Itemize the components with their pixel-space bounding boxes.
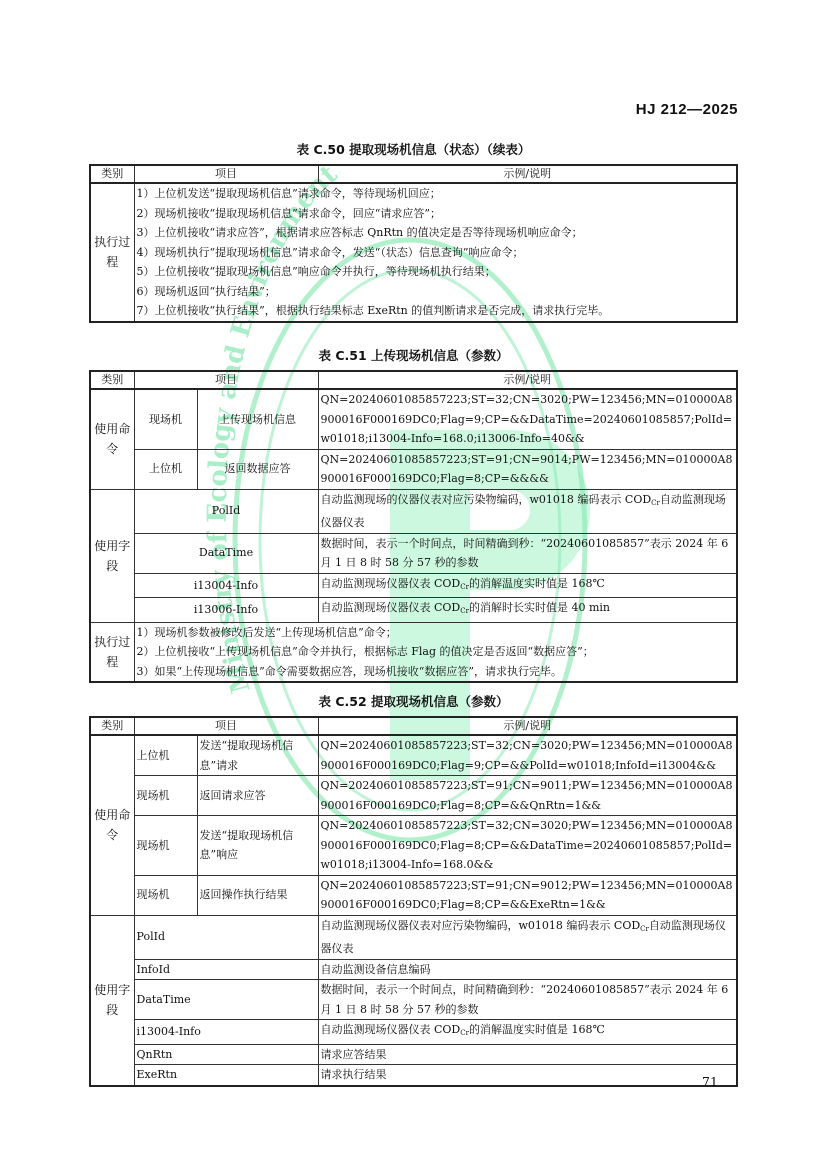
desc-text: 数据时间，表示一个时间点，时间精确到秒：“20240601085857”表示 2… [321,537,729,570]
desc-text: 请求应答结果 [321,1048,387,1061]
header-item: 项目 [134,371,318,389]
category-cell: 执行过程 [90,183,134,322]
item-cell: 上传现场机信息 [197,389,318,449]
field-name-cell: DataTime [134,533,318,573]
field-row: i13006-Info 自动监测现场仪器仪表 CODCr的消解时长实时值是 40… [90,598,737,623]
desc-subscript: Cr [460,1029,469,1037]
category-cell: 使用字段 [90,489,134,622]
field-desc-cell: 自动监测现场仪器仪表 CODCr的消解温度实时值是 168℃ [318,1020,737,1045]
field-row: i13004-Info 自动监测现场仪器仪表 CODCr的消解温度实时值是 16… [90,1020,737,1045]
step: 4）现场机执行“提取现场机信息”请求命令，发送“（状态）信息查询”响应命令； [137,243,735,263]
header-category: 类别 [90,717,134,735]
field-row: DataTime 数据时间，表示一个时间点，时间精确到秒：“2024060108… [90,533,737,573]
actor-cell: 现场机 [134,776,197,816]
field-name-cell: i13004-Info [134,1020,318,1045]
category-cell: 执行过程 [90,622,134,682]
example-cell: QN=20240601085857223;ST=32;CN=3020;PW=12… [318,389,737,449]
command-row: 使用命令 上位机 发送“提取现场机信息”请求 QN=20240601085857… [90,735,737,776]
item-cell: 发送“提取现场机信息”响应 [197,816,318,876]
exec-process-row: 执行过程 1）上位机发送“提取现场机信息”请求命令，等待现场机回应； 2）现场机… [90,183,737,322]
table-c52: 类别 项目 示例/说明 使用命令 上位机 发送“提取现场机信息”请求 QN=20… [89,716,738,1087]
field-row: QnRtn 请求应答结果 [90,1044,737,1065]
desc-text: 自动监测现场仪器仪表 COD [321,1023,461,1036]
actor-cell: 上位机 [134,449,197,489]
table-c51: 类别 项目 示例/说明 使用命令 现场机 上传现场机信息 QN=20240601… [89,370,738,683]
field-desc-cell: 请求应答结果 [318,1044,737,1065]
desc-text: 请求执行结果 [321,1068,387,1081]
field-row: 使用字段 PolId 自动监测现场的仪器仪表对应污染物编码，w01018 编码表… [90,489,737,533]
item-cell: 返回请求应答 [197,776,318,816]
example-cell: QN=20240601085857223;ST=91;CN=9014;PW=12… [318,449,737,489]
header-category: 类别 [90,165,134,183]
field-desc-cell: 请求执行结果 [318,1065,737,1086]
command-row: 使用命令 现场机 上传现场机信息 QN=20240601085857223;ST… [90,389,737,449]
category-cell: 使用命令 [90,389,134,489]
field-desc-cell: 自动监测现场的仪器仪表对应污染物编码，w01018 编码表示 CODCr自动监测… [318,489,737,533]
desc-text: 自动监测现场仪器仪表对应污染物编码，w01018 编码表示 COD [321,919,641,932]
example-cell: QN=20240601085857223;ST=32;CN=3020;PW=12… [318,735,737,776]
header-category: 类别 [90,371,134,389]
header-example: 示例/说明 [318,165,737,183]
desc-text: 自动监测现场的仪器仪表对应污染物编码，w01018 编码表示 COD [321,493,652,506]
standard-code: HJ 212—2025 [636,101,738,118]
example-cell: QN=20240601085857223;ST=91;CN=9012;PW=12… [318,875,737,915]
example-cell: QN=20240601085857223;ST=32;CN=3020;PW=12… [318,816,737,876]
field-row: ExeRtn 请求执行结果 [90,1065,737,1086]
step: 3）如果“上传现场机信息”命令需要数据应答，现场机接收“数据应答”，请求执行完毕… [137,662,735,682]
step: 2）现场机接收“提取现场机信息”请求命令，回应“请求应答”； [137,204,735,224]
field-desc-cell: 自动监测现场仪器仪表 CODCr的消解时长实时值是 40 min [318,598,737,623]
field-row: i13004-Info 自动监测现场仪器仪表 CODCr的消解温度实时值是 16… [90,573,737,598]
category-cell: 使用字段 [90,915,134,1086]
desc-subscript: Cr [460,607,469,615]
field-desc-cell: 数据时间，表示一个时间点，时间精确到秒：“20240601085857”表示 2… [318,533,737,573]
field-name-cell: i13004-Info [134,573,318,598]
desc-subscript: Cr [640,925,649,933]
example-cell: QN=20240601085857223;ST=91;CN=9011;PW=12… [318,776,737,816]
table-c51-caption: 表 C.51 上传现场机信息（参数） [89,346,738,364]
header-item: 项目 [134,165,318,183]
exec-steps: 1）上位机发送“提取现场机信息”请求命令，等待现场机回应； 2）现场机接收“提取… [134,183,737,322]
item-cell: 返回数据应答 [197,449,318,489]
table-c52-caption: 表 C.52 提取现场机信息（参数） [89,692,738,710]
step: 2）上位机接收“上传现场机信息”命令并执行，根据标志 Flag 的值决定是否返回… [137,642,735,662]
desc-text: 自动监测现场仪器仪表 COD [321,601,461,614]
field-name-cell: ExeRtn [134,1065,318,1086]
field-desc-cell: 自动监测设备信息编码 [318,959,737,980]
step: 3）上位机接收“请求应答”，根据请求应答标志 QnRtn 的值决定是否等待现场机… [137,223,735,243]
command-row: 上位机 返回数据应答 QN=20240601085857223;ST=91;CN… [90,449,737,489]
field-desc-cell: 数据时间，表示一个时间点，时间精确到秒：“20240601085857”表示 2… [318,980,737,1020]
table-c50: 类别 项目 示例/说明 执行过程 1）上位机发送“提取现场机信息”请求命令，等待… [89,164,738,323]
field-name-cell: InfoId [134,959,318,980]
table-header-row: 类别 项目 示例/说明 [90,717,737,735]
command-row: 现场机 发送“提取现场机信息”响应 QN=20240601085857223;S… [90,816,737,876]
page-number: 71 [702,1074,718,1089]
field-name-cell: PolId [134,915,318,959]
table-header-row: 类别 项目 示例/说明 [90,165,737,183]
desc-text: 的消解温度实时值是 168℃ [469,577,605,590]
field-row: 使用字段 PolId 自动监测现场仪器仪表对应污染物编码，w01018 编码表示… [90,915,737,959]
header-example: 示例/说明 [318,717,737,735]
command-row: 现场机 返回请求应答 QN=20240601085857223;ST=91;CN… [90,776,737,816]
field-name-cell: i13006-Info [134,598,318,623]
step: 7）上位机接收“执行结果”，根据执行结果标志 ExeRtn 的值判断请求是否完成… [137,301,735,321]
desc-subscript: Cr [460,583,469,591]
item-cell: 返回操作执行结果 [197,875,318,915]
exec-process-row: 执行过程 1）现场机参数被修改后发送“上传现场机信息”命令； 2）上位机接收“上… [90,622,737,682]
header-item: 项目 [134,717,318,735]
table-header-row: 类别 项目 示例/说明 [90,371,737,389]
desc-text: 的消解温度实时值是 168℃ [469,1023,605,1036]
field-desc-cell: 自动监测现场仪器仪表对应污染物编码，w01018 编码表示 CODCr自动监测现… [318,915,737,959]
field-name-cell: PolId [134,489,318,533]
desc-subscript: Cr [651,499,660,507]
field-row: InfoId 自动监测设备信息编码 [90,959,737,980]
step: 1）现场机参数被修改后发送“上传现场机信息”命令； [137,623,735,643]
step: 5）上位机接收“提取现场机信息”响应命令并执行，等待现场机执行结果； [137,262,735,282]
item-cell: 发送“提取现场机信息”请求 [197,735,318,776]
step: 1）上位机发送“提取现场机信息”请求命令，等待现场机回应； [137,184,735,204]
field-row: DataTime 数据时间，表示一个时间点，时间精确到秒：“2024060108… [90,980,737,1020]
header-example: 示例/说明 [318,371,737,389]
category-cell: 使用命令 [90,735,134,915]
desc-text: 的消解时长实时值是 40 min [469,601,610,614]
desc-text: 自动监测设备信息编码 [321,963,431,976]
actor-cell: 现场机 [134,875,197,915]
actor-cell: 现场机 [134,389,197,449]
field-name-cell: DataTime [134,980,318,1020]
command-row: 现场机 返回操作执行结果 QN=20240601085857223;ST=91;… [90,875,737,915]
exec-steps: 1）现场机参数被修改后发送“上传现场机信息”命令； 2）上位机接收“上传现场机信… [134,622,737,682]
field-desc-cell: 自动监测现场仪器仪表 CODCr的消解温度实时值是 168℃ [318,573,737,598]
table-c50-caption: 表 C.50 提取现场机信息（状态）（续表） [89,140,738,158]
actor-cell: 现场机 [134,816,197,876]
field-name-cell: QnRtn [134,1044,318,1065]
desc-text: 数据时间，表示一个时间点，时间精确到秒：“20240601085857”表示 2… [321,983,729,1016]
desc-text: 自动监测现场仪器仪表 COD [321,577,461,590]
actor-cell: 上位机 [134,735,197,776]
step: 6）现场机返回“执行结果”； [137,282,735,302]
